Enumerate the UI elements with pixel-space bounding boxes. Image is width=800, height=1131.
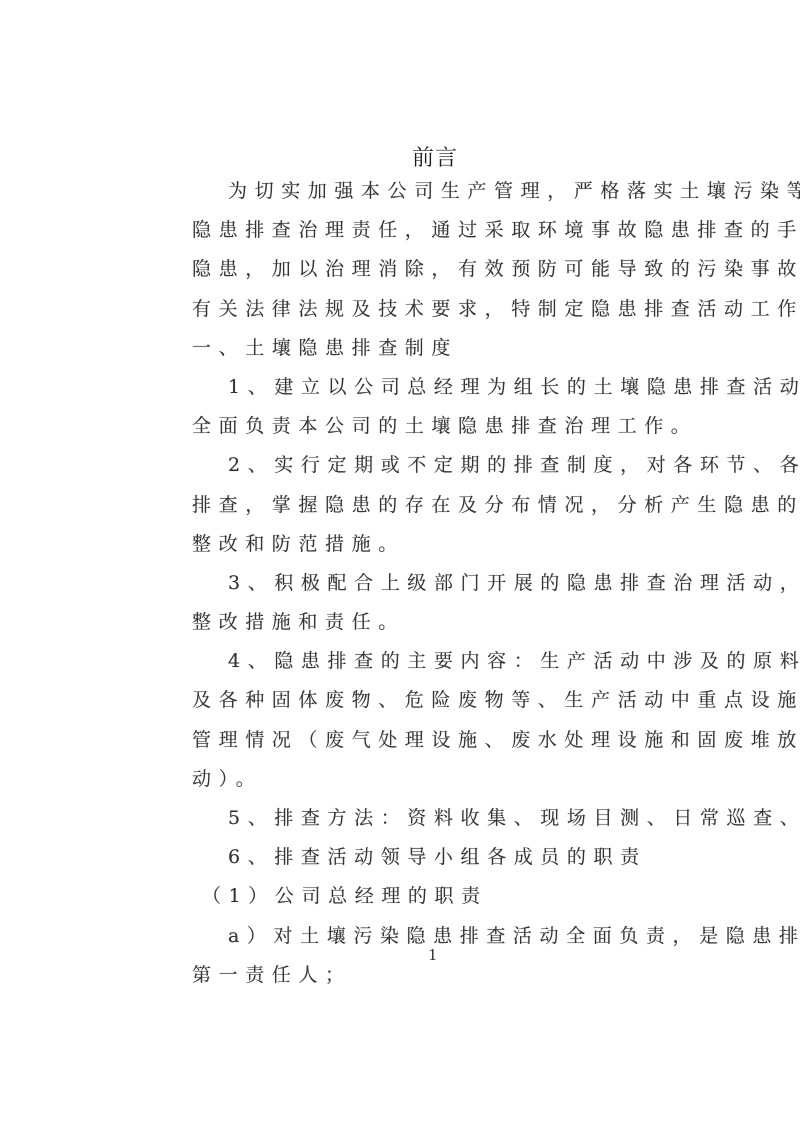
section-heading: 一、土壤隐患排查制度: [192, 333, 680, 372]
list-item-5: 5、排查方法：资料收集、现场目测、日常巡查、调查监测。: [192, 803, 680, 842]
list-item-3: 3、积极配合上级部门开展的隐患排查治理活动，落实隐患: [192, 568, 680, 607]
paragraph-line: 有关法律法规及技术要求，特制定隐患排查活动工作制度。: [192, 294, 680, 333]
document-body: 为切实加强本公司生产管理，严格落实土壤污染等各类事故 隐患排查治理责任，通过采取…: [192, 176, 680, 999]
paragraph-line: 排查，掌握隐患的存在及分布情况，分析产生隐患的原因，制定: [192, 490, 680, 529]
paragraph-line: 整改和防范措施。: [192, 529, 680, 568]
paragraph-line: 隐患，加以治理消除，有效预防可能导致的污染事故发生。依据: [192, 254, 680, 293]
page-number: 1: [428, 946, 438, 964]
paragraph-line: 第一责任人；: [192, 960, 680, 999]
page-title: 前言: [0, 146, 800, 172]
list-item-1: 1、建立以公司总经理为组长的土壤隐患排查活动领导小组，: [192, 372, 680, 411]
sub-heading: （1）公司总经理的职责: [192, 881, 680, 920]
paragraph-line: 全面负责本公司的土壤隐患排查治理工作。: [192, 411, 680, 450]
paragraph-line: 管理情况（废气处理设施、废水处理设施和固废堆放点等其他活: [192, 725, 680, 764]
paragraph-line: 隐患排查治理责任，通过采取环境事故隐患排查的手段及时发现: [192, 215, 680, 254]
paragraph-line: 为切实加强本公司生产管理，严格落实土壤污染等各类事故: [192, 176, 680, 215]
list-item-2: 2、实行定期或不定期的排查制度，对各环节、各区域详细: [192, 450, 680, 489]
paragraph-line: 及各种固体废物、危险废物等、生产活动中重点设施设备的运行: [192, 685, 680, 724]
paragraph-line: 动）。: [192, 764, 680, 803]
list-item-4: 4、隐患排查的主要内容：生产活动中涉及的原料（副产品）: [192, 646, 680, 685]
document-page: 前言 为切实加强本公司生产管理，严格落实土壤污染等各类事故 隐患排查治理责任，通…: [0, 0, 800, 1131]
paragraph-line: 整改措施和责任。: [192, 607, 680, 646]
list-item-6: 6、排查活动领导小组各成员的职责: [192, 842, 680, 881]
